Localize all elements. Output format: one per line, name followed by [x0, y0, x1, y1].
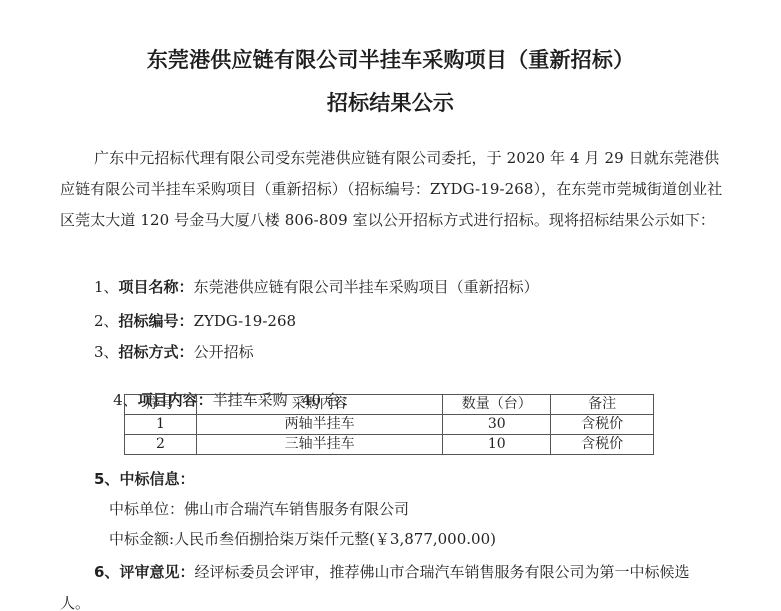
section-label: 评审意见：	[119, 563, 194, 581]
table-cell: 三轴半挂车	[196, 435, 442, 455]
item-label: 招标编号：	[119, 312, 194, 330]
procurement-table: 序号 采购内容 数量（台） 备注 1 两轴半挂车 30 含税价 2 三轴半挂车 …	[124, 394, 654, 455]
section-review-opinion: 6、评审意见：经评标委员会评审，推荐佛山市合瑞汽车销售服务有限公司为第一中标候选	[94, 561, 689, 582]
amount-value: 人民币叁佰捌拾柒万柒仟元整(￥3,877,000.00)	[174, 530, 496, 548]
document-title: 东莞港供应链有限公司半挂车采购项目（重新招标）	[0, 44, 781, 74]
table-header-cell: 序号	[125, 395, 197, 415]
table-cell: 两轴半挂车	[196, 415, 442, 435]
table-header-cell: 备注	[551, 395, 654, 415]
item-value: 东莞港供应链有限公司半挂车采购项目（重新招标）	[194, 278, 539, 296]
table-cell: 含税价	[551, 415, 654, 435]
winner-name: 佛山市合瑞汽车销售服务有限公司	[184, 500, 409, 518]
review-text: 经评标委员会评审，推荐佛山市合瑞汽车销售服务有限公司为第一中标候选	[194, 563, 689, 581]
review-text-continuation: 人。	[60, 592, 90, 611]
table-row: 2 三轴半挂车 10 含税价	[125, 435, 654, 455]
table-header-cell: 数量（台）	[443, 395, 551, 415]
amount-label: 中标金额:	[109, 530, 174, 548]
winner-line: 中标单位：佛山市合瑞汽车销售服务有限公司	[109, 498, 409, 519]
intro-paragraph: 广东中元招标代理有限公司受东莞港供应链有限公司委托，于 2020 年 4 月 2…	[60, 143, 730, 236]
table-cell: 含税价	[551, 435, 654, 455]
section-winner-info: 5、中标信息：	[94, 468, 194, 489]
section-number: 6、	[94, 563, 119, 581]
item-label: 招标方式：	[119, 343, 194, 361]
item-label: 项目名称：	[119, 278, 194, 296]
item-number: 1、	[94, 278, 119, 296]
item-value: ZYDG-19-268	[194, 312, 296, 330]
amount-line: 中标金额:人民币叁佰捌拾柒万柒仟元整(￥3,877,000.00)	[109, 528, 496, 549]
item-bid-number: 2、招标编号：ZYDG-19-268	[94, 310, 296, 331]
item-number: 3、	[94, 343, 119, 361]
item-value: 公开招标	[194, 343, 254, 361]
table-header-cell: 采购内容	[196, 395, 442, 415]
table-header-row: 序号 采购内容 数量（台） 备注	[125, 395, 654, 415]
item-number: 2、	[94, 312, 119, 330]
table-cell: 10	[443, 435, 551, 455]
table-row: 1 两轴半挂车 30 含税价	[125, 415, 654, 435]
table-cell: 1	[125, 415, 197, 435]
section-label: 中标信息：	[119, 470, 194, 488]
table-cell: 30	[443, 415, 551, 435]
table-cell: 2	[125, 435, 197, 455]
item-project-name: 1、项目名称：东莞港供应链有限公司半挂车采购项目（重新招标）	[94, 276, 539, 297]
document-subtitle: 招标结果公示	[0, 87, 781, 117]
winner-label: 中标单位：	[109, 500, 184, 518]
section-number: 5、	[94, 470, 119, 488]
item-bid-method: 3、招标方式：公开招标	[94, 341, 254, 362]
